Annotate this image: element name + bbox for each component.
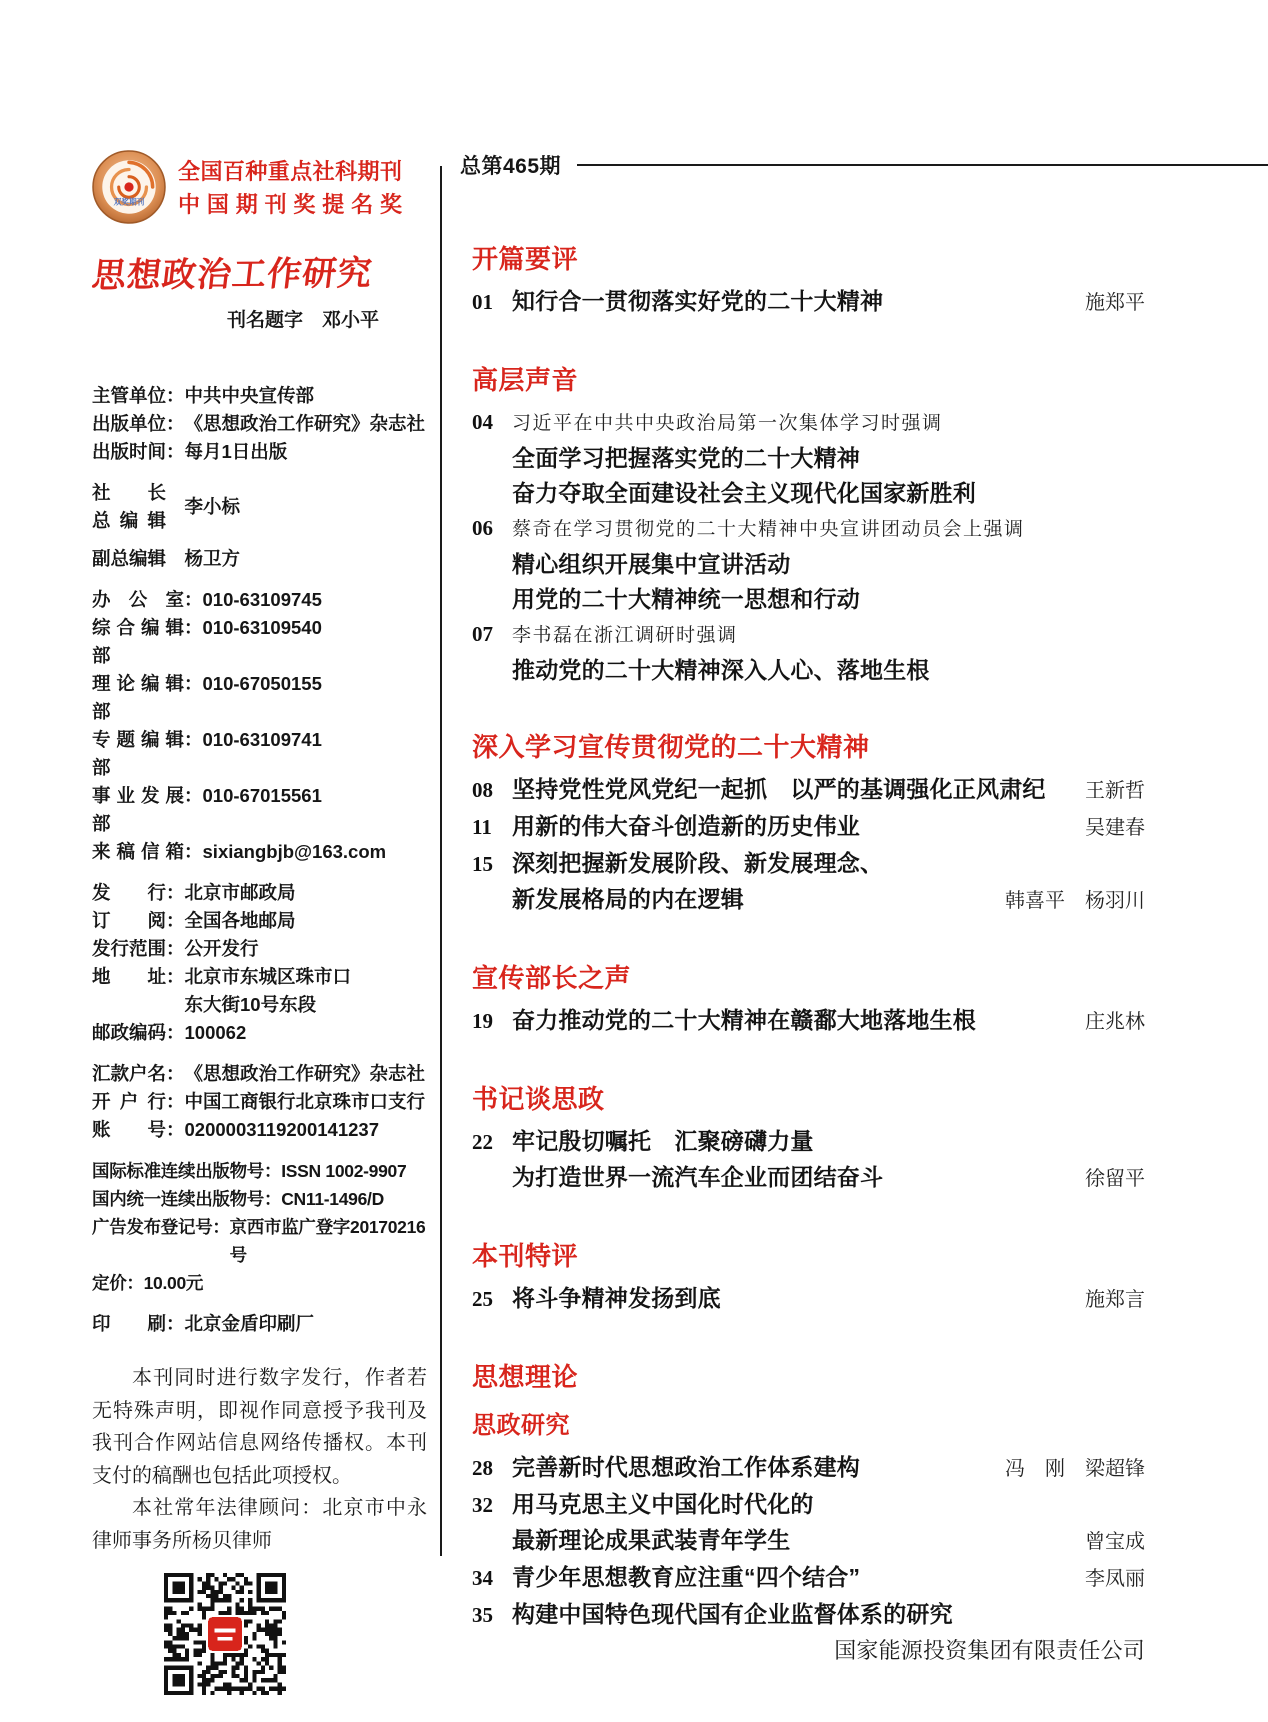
colophon-label: 国际标准连续出版物号 (92, 1157, 264, 1185)
colophon-label: 开户行 (92, 1088, 166, 1116)
colophon-value: 100062 (185, 1019, 427, 1047)
toc-entry-row: 新发展格局的内在逻辑韩喜平 杨羽川 (472, 882, 1145, 919)
colophon-spacer (92, 1297, 427, 1310)
toc-entry-title: 深刻把握新发展阶段、新发展理念、 (512, 846, 883, 881)
colophon-row: 主管单位：中共中央宣传部 (92, 382, 427, 410)
award-line-2: 中国期刊奖提名奖 (178, 188, 402, 221)
toc-entry-row: 32用马克思主义中国化时代化的 (472, 1487, 1145, 1523)
colophon-row: 副总编辑：杨卫方 (92, 545, 427, 573)
colophon-colon: ： (166, 1088, 185, 1116)
colophon-value: 北京金盾印刷厂 (185, 1310, 427, 1338)
colophon-label: 办公室 (92, 586, 184, 614)
colophon-label: 出版时间 (92, 438, 166, 466)
colophon-colon: ： (166, 438, 185, 466)
toc-entry-row: 08坚持党性党风党纪一起抓 以严的基调强化正风肃纪王新哲 (472, 772, 1145, 809)
toc-section-header: 思想理论 (472, 1360, 1145, 1394)
colophon-colon: ： (126, 1269, 143, 1297)
toc-entry-row: 奋力夺取全面建设社会主义现代化国家新胜利 (472, 476, 1145, 511)
colophon-colon: ： (166, 907, 185, 935)
toc-entry-authors: 韩喜平 杨羽川 (985, 884, 1145, 919)
calligraphy-credit: 刊名题字 邓小平 (92, 308, 427, 334)
colophon-label: 账号 (92, 1116, 166, 1144)
toc-entry-title: 新发展格局的内在逻辑 (512, 882, 744, 917)
colophon-label: 主管单位 (92, 382, 166, 410)
legal-counsel-notice: 本社常年法律顾问：北京市中永律师事务所杨贝律师 (92, 1492, 427, 1557)
journal-title-calligraphy: 思想政治工作研究 (89, 251, 430, 300)
medal-logo-icon: 双奖期刊 (92, 150, 166, 224)
toc-entry-title: 奋力夺取全面建设社会主义现代化国家新胜利 (512, 476, 976, 511)
colophon-row: 事业发展部：010-67015561 (92, 782, 427, 838)
colophon-value: 全国各地邮局 (185, 907, 427, 935)
colophon-value: 北京市东城区珠市口 (185, 963, 427, 991)
colophon-colon: ： (184, 670, 203, 698)
toc-page-number: 22 (472, 1125, 512, 1160)
left-column: 双奖期刊 全国百种重点社科期刊 中国期刊奖提名奖 思想政治工作研究 刊名题字 邓… (92, 150, 427, 1695)
toc-entry-title: 将斗争精神发扬到底 (512, 1281, 721, 1316)
colophon-row: 地址：北京市东城区珠市口 (92, 963, 427, 991)
colophon-colon: ： (264, 1157, 281, 1185)
colophon-value: 0200003119200141237 (185, 1116, 427, 1144)
toc-page-number: 34 (472, 1561, 512, 1596)
colophon-label: 理论编辑部 (92, 670, 184, 726)
toc-page-number: 15 (472, 847, 512, 882)
colophon-value: 《思想政治工作研究》杂志社 (185, 1060, 427, 1088)
colophon-row: 国内统一连续出版物号：CN11-1496/D (92, 1185, 427, 1213)
toc-entry-title: 用新的伟大奋斗创造新的历史伟业 (512, 809, 860, 844)
toc-entry-row: 28完善新时代思想政治工作体系建构冯 刚 梁超锋 (472, 1450, 1145, 1487)
toc-entry-row: 最新理论成果武装青年学生曾宝成 (472, 1523, 1145, 1560)
medal-center-text: 双奖期刊 (114, 196, 145, 206)
qr-code (164, 1573, 286, 1695)
toc-entry-title: 最新理论成果武装青年学生 (512, 1523, 790, 1558)
toc-section-header: 开篇要评 (472, 242, 1145, 276)
colophon-value: 东大街10号东段 (185, 991, 427, 1019)
toc-entry-authors: 施郑言 (1065, 1283, 1145, 1318)
toc-entry-kicker: 习近平在中共中央政治局第一次集体学习时强调 (512, 406, 943, 441)
colophon-spacer (92, 535, 427, 545)
toc-entry-kicker: 李书磊在浙江调研时强调 (512, 618, 738, 653)
colophon-value: 杨卫方 (185, 545, 427, 573)
colophon-label: 社长 (92, 479, 166, 507)
colophon-colon: ： (166, 935, 185, 963)
colophon-colon: ： (166, 1019, 185, 1047)
colophon-leader-labels: 社长总编辑 (92, 479, 166, 535)
toc-entry-row: 为打造世界一流汽车企业而团结奋斗徐留平 (472, 1160, 1145, 1197)
colophon-label: 总编辑 (92, 507, 166, 535)
toc-entry-row: 04习近平在中共中央政治局第一次集体学习时强调 (472, 405, 1145, 441)
toc-entry-authors: 冯 刚 梁超锋 (985, 1452, 1145, 1487)
colophon-value: 010-63109741 (203, 726, 427, 754)
colophon-value: 北京市邮政局 (185, 879, 427, 907)
colophon-label: 发行范围 (92, 935, 166, 963)
colophon-label: 订阅 (92, 907, 166, 935)
toc-entry-authors: 李凤丽 (1065, 1562, 1145, 1597)
toc-entry-title: 全面学习把握落实党的二十大精神 (512, 441, 860, 476)
toc-page-number: 11 (472, 810, 512, 845)
publisher-notices: 本刊同时进行数字发行，作者若无特殊声明，即视作同意授予我刊及我刊合作网站信息网络… (92, 1362, 427, 1557)
toc-entry-title: 精心组织开展集中宣讲活动 (512, 547, 790, 582)
colophon-spacer (92, 866, 427, 879)
toc-page-number: 04 (472, 405, 512, 440)
colophon-value: ISSN 1002-9907 (281, 1157, 427, 1185)
toc-entry-kicker: 蔡奇在学习贯彻党的二十大精神中央宣讲团动员会上强调 (512, 512, 1025, 547)
toc-column: 总第465期 开篇要评01知行合一贯彻落实好党的二十大精神施郑平高层声音04习近… (442, 150, 1268, 1668)
colophon-value: 010-67050155 (203, 670, 427, 698)
colophon-row: 发行：北京市邮政局 (92, 879, 427, 907)
toc-page-number: 01 (472, 285, 512, 320)
colophon-row: 国际标准连续出版物号：ISSN 1002-9907 (92, 1157, 427, 1185)
colophon-colon: ： (166, 1116, 185, 1144)
toc-entry-title: 用党的二十大精神统一思想和行动 (512, 582, 860, 617)
toc-entry-authors: 曾宝成 (1065, 1525, 1145, 1560)
digital-distribution-notice: 本刊同时进行数字发行，作者若无特殊声明，即视作同意授予我刊及我刊合作网站信息网络… (92, 1362, 427, 1492)
award-badge: 双奖期刊 全国百种重点社科期刊 中国期刊奖提名奖 (92, 150, 427, 230)
colophon-colon: ： (184, 614, 203, 642)
colophon-value: 每月1日出版 (185, 438, 427, 466)
colophon-value: 010-63109540 (203, 614, 427, 642)
toc-entry-title: 坚持党性党风党纪一起抓 以严的基调强化正风肃纪 (512, 772, 1046, 807)
toc-entry-row: 34青少年思想教育应注重“四个结合”李凤丽 (472, 1560, 1145, 1597)
colophon-label: 事业发展部 (92, 782, 184, 838)
colophon-label: 汇款户名 (92, 1060, 166, 1088)
toc-entry-row: 11用新的伟大奋斗创造新的历史伟业吴建春 (472, 809, 1145, 846)
toc-entry-authors: 徐留平 (1065, 1162, 1145, 1197)
colophon-leader-name: 李小标 (185, 493, 427, 521)
colophon-row: 综合编辑部：010-63109540 (92, 614, 427, 670)
colophon-label: 专题编辑部 (92, 726, 184, 782)
colophon-row: ：东大街10号东段 (92, 991, 427, 1019)
colophon-label: 发行 (92, 879, 166, 907)
colophon-colon: ： (166, 382, 185, 410)
colophon-value: CN11-1496/D (281, 1185, 427, 1213)
colophon-value: 10.00元 (144, 1269, 427, 1297)
toc-entry-title: 奋力推动党的二十大精神在赣鄱大地落地生根 (512, 1003, 976, 1038)
toc-entry-row: 用党的二十大精神统一思想和行动 (472, 582, 1145, 617)
colophon-label: 邮政编码 (92, 1019, 166, 1047)
colophon-spacer (92, 1144, 427, 1157)
colophon-row: 汇款户名：《思想政治工作研究》杂志社 (92, 1060, 427, 1088)
toc-entry-row: 国家能源投资集团有限责任公司 (472, 1633, 1145, 1668)
toc-entry-title: 构建中国特色现代国有企业监督体系的研究 (512, 1597, 953, 1632)
toc-page-number: 32 (472, 1488, 512, 1523)
toc-section-header: 高层声音 (472, 363, 1145, 397)
colophon-colon: ： (212, 1213, 229, 1241)
colophon-row: 账号：0200003119200141237 (92, 1116, 427, 1144)
colophon-value: sixiangbjb@163.com (203, 838, 427, 866)
toc-entry-title: 完善新时代思想政治工作体系建构 (512, 1450, 860, 1485)
colophon-label: 印刷 (92, 1310, 166, 1338)
colophon-row: 印刷：北京金盾印刷厂 (92, 1310, 427, 1338)
toc-entry-row: 全面学习把握落实党的二十大精神 (472, 441, 1145, 476)
issue-header: 总第465期 (442, 150, 1268, 180)
colophon-label: 地址 (92, 963, 166, 991)
toc-entry-row: 15深刻把握新发展阶段、新发展理念、 (472, 846, 1145, 882)
toc-entry-authors: 吴建春 (1065, 811, 1145, 846)
colophon-colon: ： (166, 963, 185, 991)
colophon-row: 社长总编辑：李小标 (92, 479, 427, 535)
colophon-colon: ： (184, 726, 203, 754)
issue-number: 总第465期 (460, 150, 561, 180)
colophon-row: 出版时间：每月1日出版 (92, 438, 427, 466)
toc-entry-title: 青少年思想教育应注重“四个结合” (512, 1560, 860, 1595)
toc-page-number: 07 (472, 617, 512, 652)
colophon-label: 来稿信箱 (92, 838, 184, 866)
colophon-spacer (92, 1047, 427, 1060)
colophon-value: 中共中央宣传部 (185, 382, 427, 410)
colophon-row: 来稿信箱：sixiangbjb@163.com (92, 838, 427, 866)
toc: 开篇要评01知行合一贯彻落实好党的二十大精神施郑平高层声音04习近平在中共中央政… (472, 242, 1145, 1668)
toc-page-number: 06 (472, 511, 512, 546)
colophon-label: 广告发布登记号 (92, 1213, 212, 1241)
toc-section-header: 思政研究 (472, 1410, 1145, 1442)
colophon-label: 国内统一连续出版物号 (92, 1185, 264, 1213)
colophon-row: 办公室：010-63109745 (92, 586, 427, 614)
colophon-row: 邮政编码：100062 (92, 1019, 427, 1047)
colophon-colon: ： (264, 1185, 281, 1213)
colophon-value: 中国工商银行北京珠市口支行 (185, 1088, 427, 1116)
toc-entry-title: 用马克思主义中国化时代化的 (512, 1487, 814, 1522)
colophon-value: 《思想政治工作研究》杂志社 (185, 410, 427, 438)
colophon-colon: ： (166, 879, 185, 907)
colophon-row: 广告发布登记号：京西市监广登字20170216号 (92, 1213, 427, 1269)
colophon-row: 理论编辑部：010-67050155 (92, 670, 427, 726)
colophon-value: 010-67015561 (203, 782, 427, 810)
colophon-colon: ： (166, 410, 185, 438)
colophon-spacer (92, 573, 427, 586)
colophon-row: 定价：10.00元 (92, 1269, 427, 1297)
toc-section-header: 深入学习宣传贯彻党的二十大精神 (472, 730, 1145, 764)
magazine-toc-page: 双奖期刊 全国百种重点社科期刊 中国期刊奖提名奖 思想政治工作研究 刊名题字 邓… (0, 0, 1268, 1722)
toc-entry-row: 精心组织开展集中宣讲活动 (472, 547, 1145, 582)
toc-entry-title: 为打造世界一流汽车企业而团结奋斗 (512, 1160, 883, 1195)
colophon-colon: ： (184, 838, 203, 866)
colophon-row: 发行范围：公开发行 (92, 935, 427, 963)
award-line-1: 全国百种重点社科期刊 (178, 155, 402, 188)
colophon: 主管单位：中共中央宣传部出版单位：《思想政治工作研究》杂志社出版时间：每月1日出… (92, 382, 427, 1338)
toc-entry-row: 07李书磊在浙江调研时强调 (472, 617, 1145, 653)
colophon-colon: ： (184, 782, 203, 810)
colophon-label: 副总编辑 (92, 545, 166, 573)
colophon-value: 公开发行 (185, 935, 427, 963)
toc-entry-row: 19奋力推动党的二十大精神在赣鄱大地落地生根庄兆林 (472, 1003, 1145, 1040)
colophon-label: 综合编辑部 (92, 614, 184, 670)
colophon-row: 订阅：全国各地邮局 (92, 907, 427, 935)
toc-entry-row: 01知行合一贯彻落实好党的二十大精神施郑平 (472, 284, 1145, 321)
colophon-row: 出版单位：《思想政治工作研究》杂志社 (92, 410, 427, 438)
toc-section-header: 本刊特评 (472, 1239, 1145, 1273)
toc-entry-row: 06蔡奇在学习贯彻党的二十大精神中央宣讲团动员会上强调 (472, 511, 1145, 547)
toc-entry-title: 推动党的二十大精神深入人心、落地生根 (512, 653, 930, 688)
toc-entry-authors: 庄兆林 (1065, 1005, 1145, 1040)
qr-code-graphic (164, 1573, 286, 1695)
award-text: 全国百种重点社科期刊 中国期刊奖提名奖 (178, 150, 402, 221)
colophon-value: 010-63109745 (203, 586, 427, 614)
toc-entry-title: 牢记殷切嘱托 汇聚磅礴力量 (512, 1124, 814, 1159)
toc-section-header: 书记谈思政 (472, 1082, 1145, 1116)
toc-entry-org: 国家能源投资集团有限责任公司 (512, 1633, 1145, 1668)
colophon-colon: ： (166, 1310, 185, 1338)
toc-entry-title: 知行合一贯彻落实好党的二十大精神 (512, 284, 883, 319)
toc-page-number: 25 (472, 1282, 512, 1317)
toc-entry-row: 35构建中国特色现代国有企业监督体系的研究 (472, 1597, 1145, 1633)
toc-entry-authors: 王新哲 (1065, 774, 1145, 809)
toc-page-number: 19 (472, 1004, 512, 1039)
toc-entry-row: 推动党的二十大精神深入人心、落地生根 (472, 653, 1145, 688)
toc-page-number: 08 (472, 773, 512, 808)
colophon-spacer (92, 466, 427, 479)
colophon-row: 专题编辑部：010-63109741 (92, 726, 427, 782)
colophon-row: 开户行：中国工商银行北京珠市口支行 (92, 1088, 427, 1116)
colophon-colon: ： (184, 586, 203, 614)
colophon-value: 京西市监广登字20170216号 (230, 1213, 427, 1269)
colophon-colon: ： (166, 1060, 185, 1088)
colophon-label: 出版单位 (92, 410, 166, 438)
toc-section-header: 宣传部长之声 (472, 961, 1145, 995)
toc-page-number: 35 (472, 1598, 512, 1633)
header-rule-line (577, 164, 1268, 166)
toc-entry-authors: 施郑平 (1065, 286, 1145, 321)
toc-entry-row: 22牢记殷切嘱托 汇聚磅礴力量 (472, 1124, 1145, 1160)
colophon-label: 定价 (92, 1269, 126, 1297)
toc-entry-row: 25将斗争精神发扬到底施郑言 (472, 1281, 1145, 1318)
toc-page-number: 28 (472, 1451, 512, 1486)
